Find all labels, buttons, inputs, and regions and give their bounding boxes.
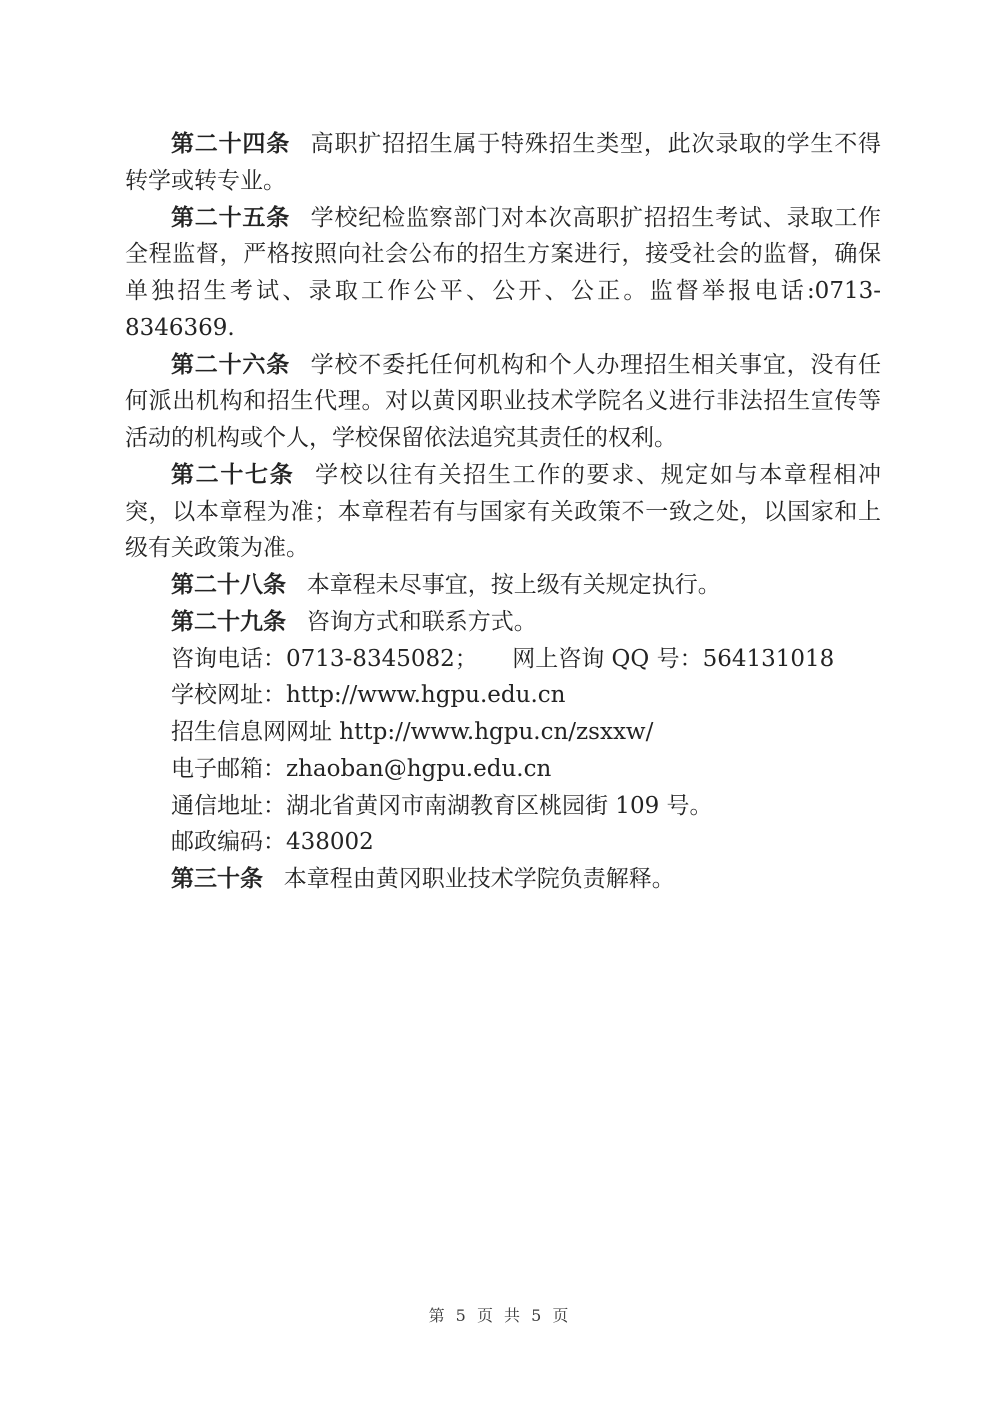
article-25: 第二十五条学校纪检监察部门对本次高职扩招招生考试、录取工作全程监督，严格按照向社… xyxy=(125,200,881,347)
article-27-number: 第二十七条 xyxy=(171,461,294,488)
page-number-label: 第 5 页 共 5 页 xyxy=(429,1306,572,1325)
article-24-number: 第二十四条 xyxy=(171,130,290,157)
article-26-number: 第二十六条 xyxy=(171,351,290,378)
contact-postcode-line: 邮政编码：438002 xyxy=(125,824,881,861)
document-body: 第二十四条高职扩招招生属于特殊招生类型，此次录取的学生不得转学或转专业。 第二十… xyxy=(125,126,881,898)
article-25-number: 第二十五条 xyxy=(171,204,290,231)
article-29: 第二十九条咨询方式和联系方式。 xyxy=(125,604,881,641)
article-29-number: 第二十九条 xyxy=(171,608,286,635)
contact-address-line: 通信地址：湖北省黄冈市南湖教育区桃园街 109 号。 xyxy=(125,788,881,825)
article-28-number: 第二十八条 xyxy=(171,571,286,598)
contact-admissions-website-line: 招生信息网网址 http://www.hgpu.cn/zsxxw/ xyxy=(125,714,881,751)
article-27: 第二十七条学校以往有关招生工作的要求、规定如与本章程相冲突，以本章程为准；本章程… xyxy=(125,457,881,567)
contact-school-website-line: 学校网址：http://www.hgpu.edu.cn xyxy=(125,677,881,714)
document-page: 第二十四条高职扩招招生属于特殊招生类型，此次录取的学生不得转学或转专业。 第二十… xyxy=(0,0,1000,1414)
article-30: 第三十条本章程由黄冈职业技术学院负责解释。 xyxy=(125,861,881,898)
article-28: 第二十八条本章程未尽事宜，按上级有关规定执行。 xyxy=(125,567,881,604)
article-29-text: 咨询方式和联系方式。 xyxy=(307,609,537,635)
article-28-text: 本章程未尽事宜，按上级有关规定执行。 xyxy=(307,572,721,598)
contact-phone-qq-line: 咨询电话：0713-8345082； 网上咨询 QQ 号：564131018 xyxy=(125,641,881,678)
article-30-number: 第三十条 xyxy=(171,865,263,892)
page-footer: 第 5 页 共 5 页 xyxy=(0,1303,1000,1326)
contact-email-line: 电子邮箱：zhaoban@hgpu.edu.cn xyxy=(125,751,881,788)
article-30-text: 本章程由黄冈职业技术学院负责解释。 xyxy=(284,866,675,892)
article-26: 第二十六条学校不委托任何机构和个人办理招生相关事宜，没有任何派出机构和招生代理。… xyxy=(125,347,881,457)
article-24: 第二十四条高职扩招招生属于特殊招生类型，此次录取的学生不得转学或转专业。 xyxy=(125,126,881,200)
